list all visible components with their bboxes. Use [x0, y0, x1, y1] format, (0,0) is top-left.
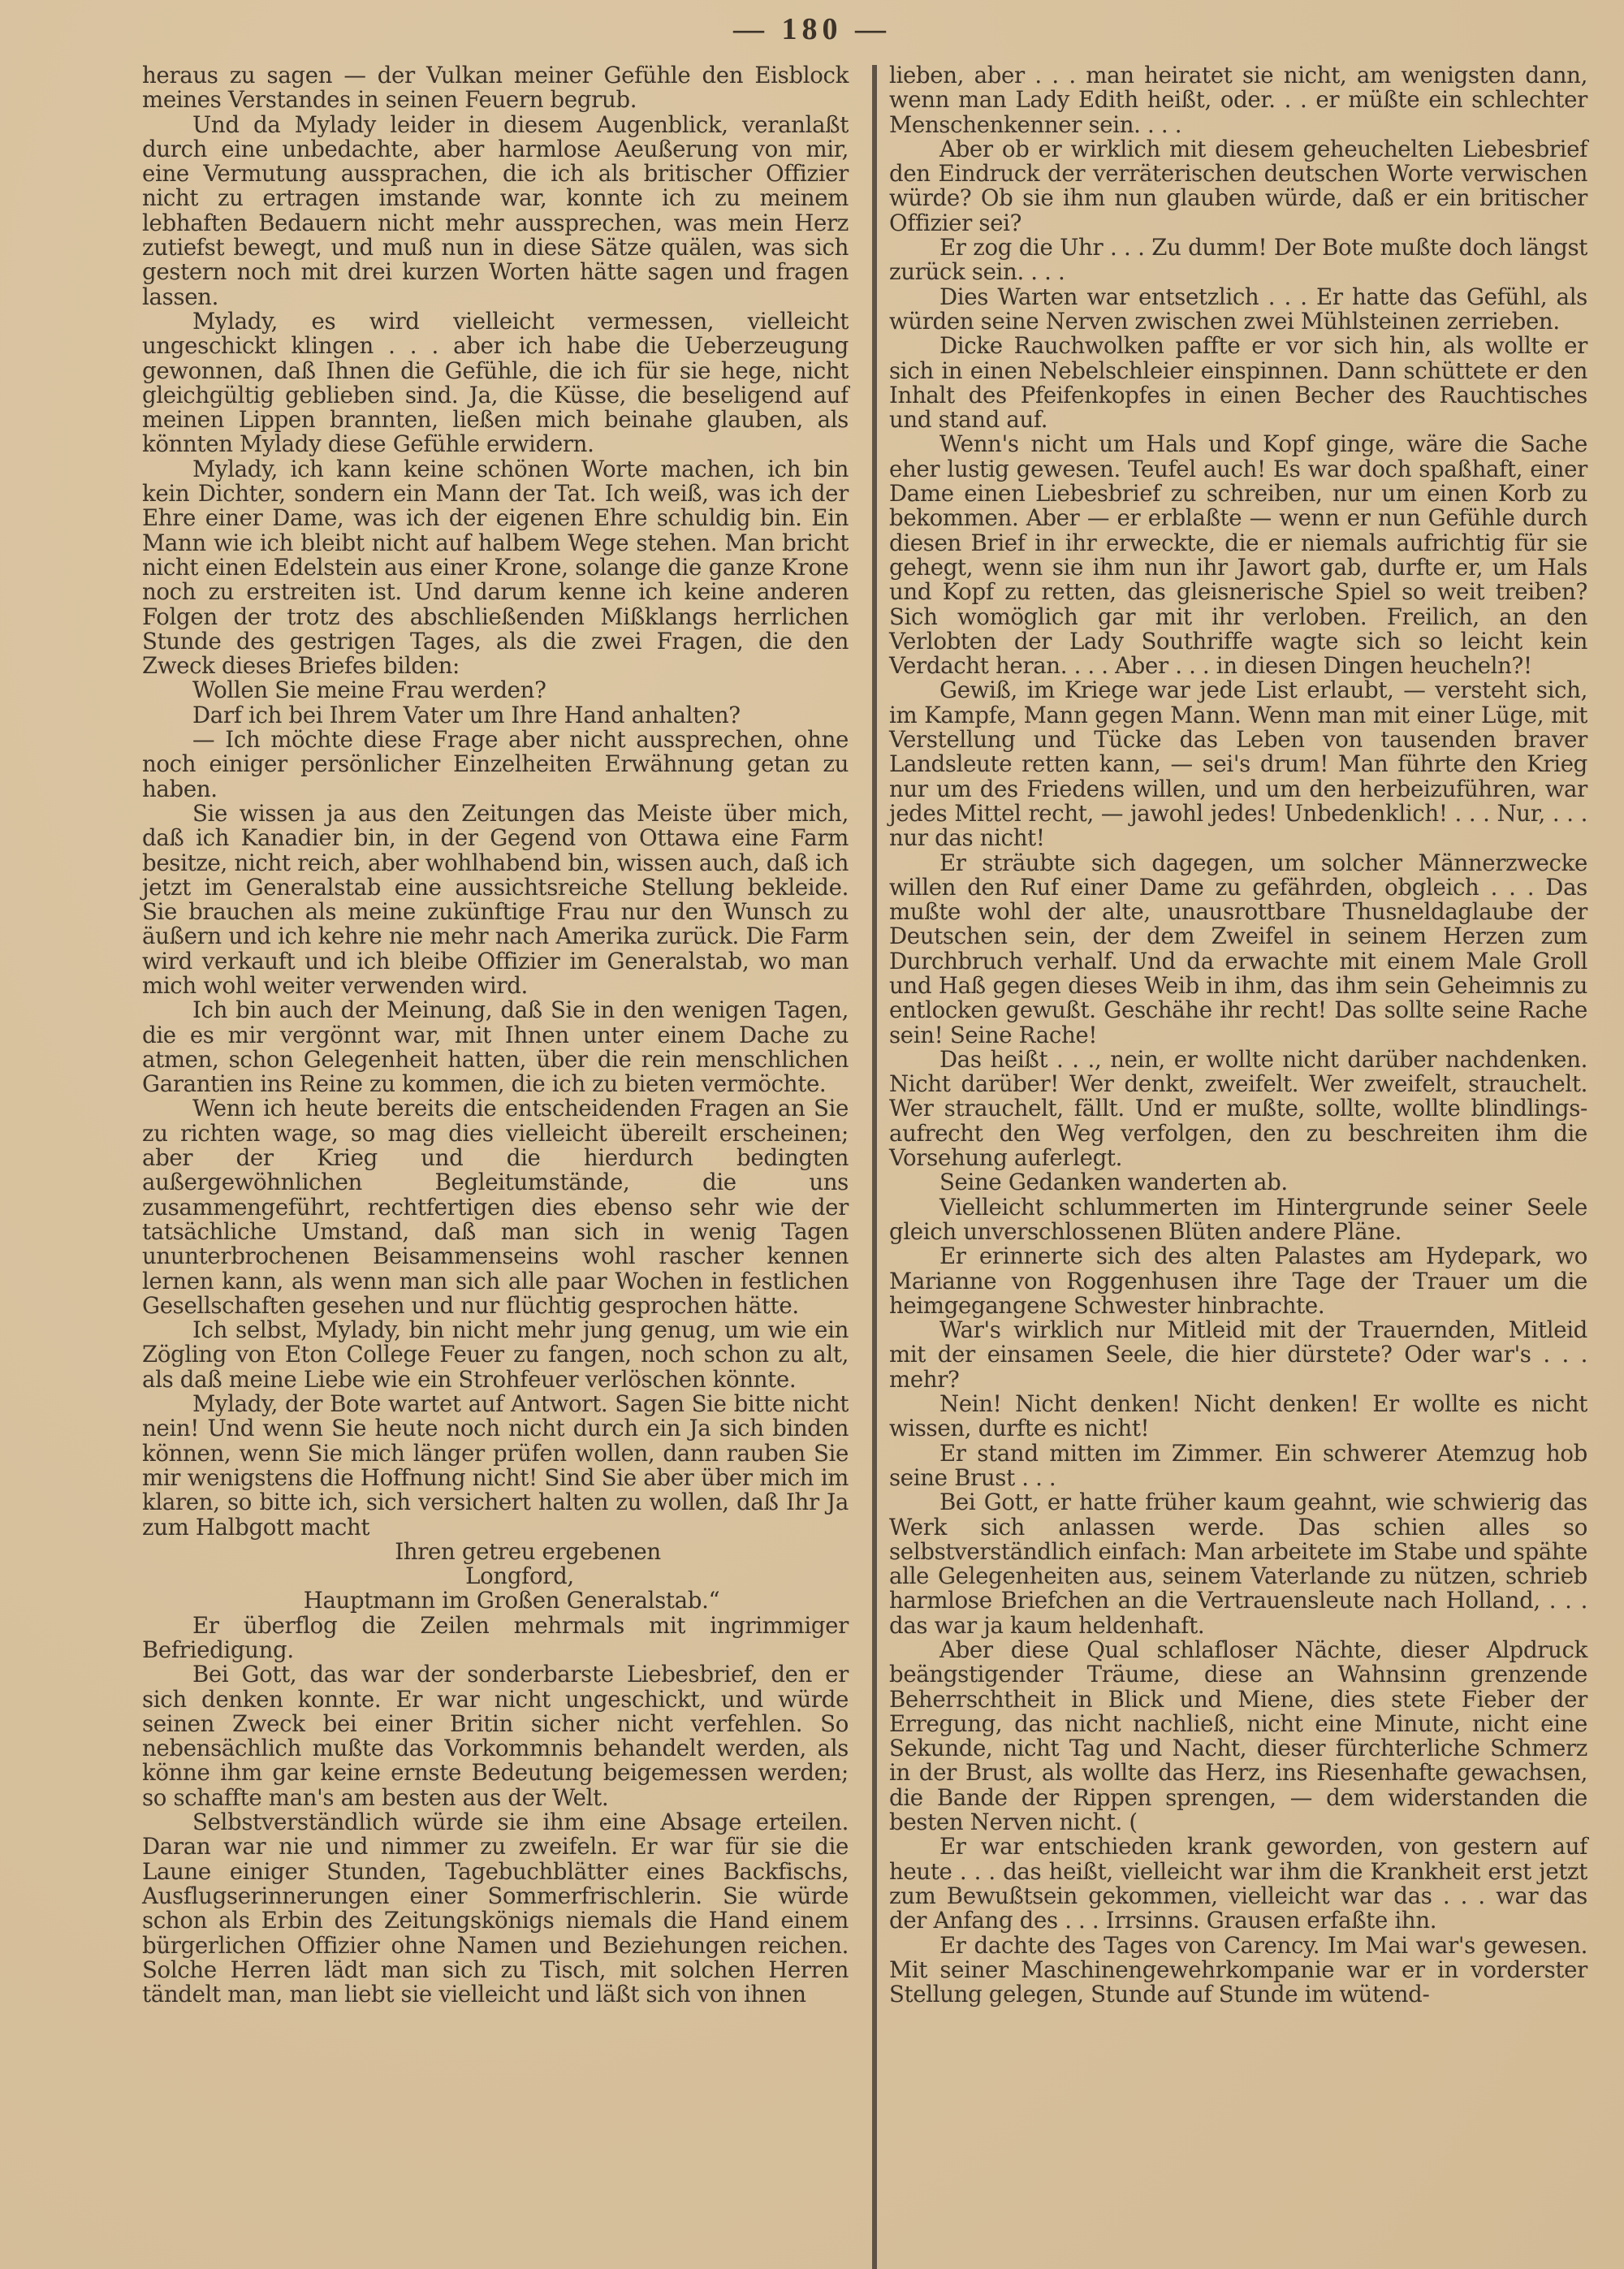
paragraph: Aber diese Qual schlafloser Nächte, dies…	[889, 1638, 1587, 1835]
paragraph: Bei Gott, das war der sonderbarste Liebe…	[142, 1662, 849, 1810]
paragraph: Mylady, es wird vielleicht vermessen, vi…	[142, 309, 849, 457]
letter-signature: Ihren getreu ergebenen Longford, Hauptma…	[142, 1540, 849, 1614]
paragraph: Das heißt . . ., nein, er wollte nicht d…	[889, 1048, 1587, 1170]
paragraph: Dies Warten war entsetzlich . . . Er hat…	[889, 285, 1587, 335]
signature-title: Hauptmann im Großen Generalstab.“	[142, 1588, 849, 1613]
paragraph: Sie wissen ja aus den Zeitungen das Meis…	[142, 802, 849, 998]
paragraph: Und da Mylady leider in diesem Augenblic…	[142, 113, 849, 309]
signature-closing: Ihren getreu ergebenen	[142, 1540, 849, 1564]
right-column: lieben, aber . . . man heiratet sie nich…	[889, 63, 1587, 2007]
paragraph: Vielleicht schlummerten im Hintergrunde …	[889, 1195, 1587, 1245]
paragraph: Er erinnerte sich des alten Palastes am …	[889, 1244, 1587, 1318]
paragraph: Er überflog die Zeilen mehrmals mit ingr…	[142, 1614, 849, 1663]
paragraph: Mylady, ich kann keine schönen Worte mac…	[142, 457, 849, 679]
paragraph: Er stand mitten im Zimmer. Ein schwerer …	[889, 1441, 1587, 1491]
question-line: Wollen Sie meine Frau werden?	[142, 678, 849, 702]
paragraph: Dicke Rauchwolken paffte er vor sich hin…	[889, 334, 1587, 432]
paragraph: Bei Gott, er hatte früher kaum geahnt, w…	[889, 1490, 1587, 1638]
paragraph: Er sträubte sich dagegen, um solcher Män…	[889, 851, 1587, 1048]
paragraph: War's wirklich nur Mitleid mit der Traue…	[889, 1318, 1587, 1392]
paragraph: Wenn's nicht um Hals und Kopf ginge, wär…	[889, 432, 1587, 678]
paragraph: Ich bin auch der Meinung, daß Sie in den…	[142, 998, 849, 1096]
paragraph: — Ich möchte diese Frage aber nicht auss…	[142, 728, 849, 802]
paragraph: Ich selbst, Mylady, bin nicht mehr jung …	[142, 1318, 849, 1392]
paragraph: lieben, aber . . . man heiratet sie nich…	[889, 63, 1587, 137]
paragraph: Aber ob er wirklich mit diesem geheuchel…	[889, 137, 1587, 236]
column-divider	[872, 65, 877, 2269]
question-line: Darf ich bei Ihrem Vater um Ihre Hand an…	[142, 703, 849, 728]
paragraph: Er zog die Uhr . . . Zu dumm! Der Bote m…	[889, 236, 1587, 285]
paragraph: Gewiß, im Kriege war jede List erlaubt, …	[889, 678, 1587, 850]
paragraph: heraus zu sagen — der Vulkan meiner Gefü…	[142, 63, 849, 113]
paragraph: Selbstverständlich würde sie ihm eine Ab…	[142, 1810, 849, 2007]
paragraph: Wenn ich heute bereits die entscheidende…	[142, 1096, 849, 1318]
paragraph: Er dachte des Tages von Carency. Im Mai …	[889, 1934, 1587, 2008]
paragraph: Seine Gedanken wanderten ab.	[889, 1170, 1587, 1195]
paragraph: Er war entschieden krank geworden, von g…	[889, 1835, 1587, 1933]
signature-name: Longford,	[142, 1564, 849, 1588]
page-number: — 180 —	[0, 11, 1624, 47]
left-column: heraus zu sagen — der Vulkan meiner Gefü…	[142, 63, 849, 2007]
paragraph: Mylady, der Bote wartet auf Antwort. Sag…	[142, 1392, 849, 1540]
paragraph: Nein! Nicht denken! Nicht denken! Er wol…	[889, 1392, 1587, 1441]
